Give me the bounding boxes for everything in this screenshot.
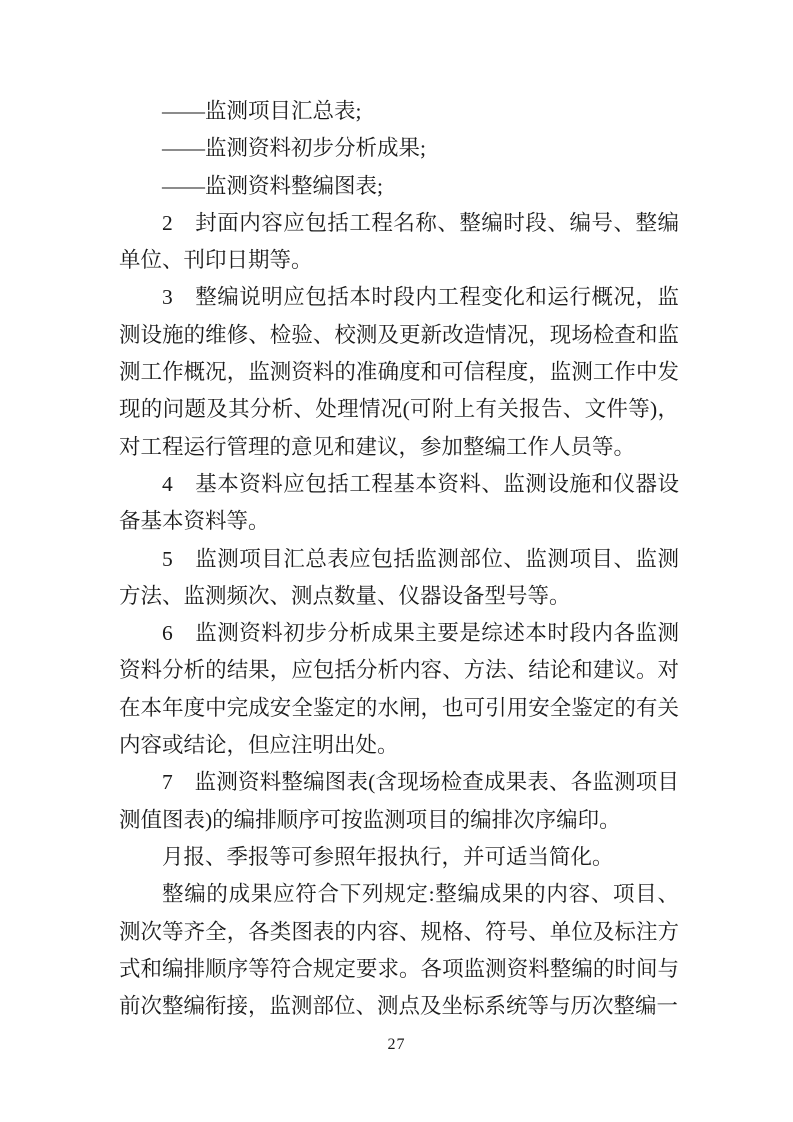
paragraph: 月报、季报等可参照年报执行，并可适当简化。 <box>119 839 679 876</box>
paragraph: 3 整编说明应包括本时段内工程变化和运行概况，监测设施的维修、检验、校测及更新改… <box>119 279 679 465</box>
paragraph: ——监测项目汇总表; <box>119 93 679 130</box>
paragraph: 7 监测资料整编图表(含现场检查成果表、各监测项目测值图表)的编排顺序可按监测项… <box>119 764 679 839</box>
paragraph: 4 基本资料应包括工程基本资料、监测设施和仪器设备基本资料等。 <box>119 466 679 541</box>
paragraph: ——监测资料初步分析成果; <box>119 130 679 167</box>
document-body: ——监测项目汇总表;——监测资料初步分析成果;——监测资料整编图表;2 封面内容… <box>119 93 679 1025</box>
paragraph: 6 监测资料初步分析成果主要是综述本时段内各监测资料分析的结果，应包括分析内容、… <box>119 615 679 764</box>
paragraph: 5 监测项目汇总表应包括监测部位、监测项目、监测方法、监测频次、测点数量、仪器设… <box>119 541 679 616</box>
page-number: 27 <box>0 1036 793 1054</box>
document-page: ——监测项目汇总表;——监测资料初步分析成果;——监测资料整编图表;2 封面内容… <box>0 0 793 1122</box>
paragraph: 整编的成果应符合下列规定:整编成果的内容、项目、测次等齐全，各类图表的内容、规格… <box>119 876 679 1025</box>
paragraph: ——监测资料整编图表; <box>119 168 679 205</box>
paragraph: 2 封面内容应包括工程名称、整编时段、编号、整编单位、刊印日期等。 <box>119 205 679 280</box>
